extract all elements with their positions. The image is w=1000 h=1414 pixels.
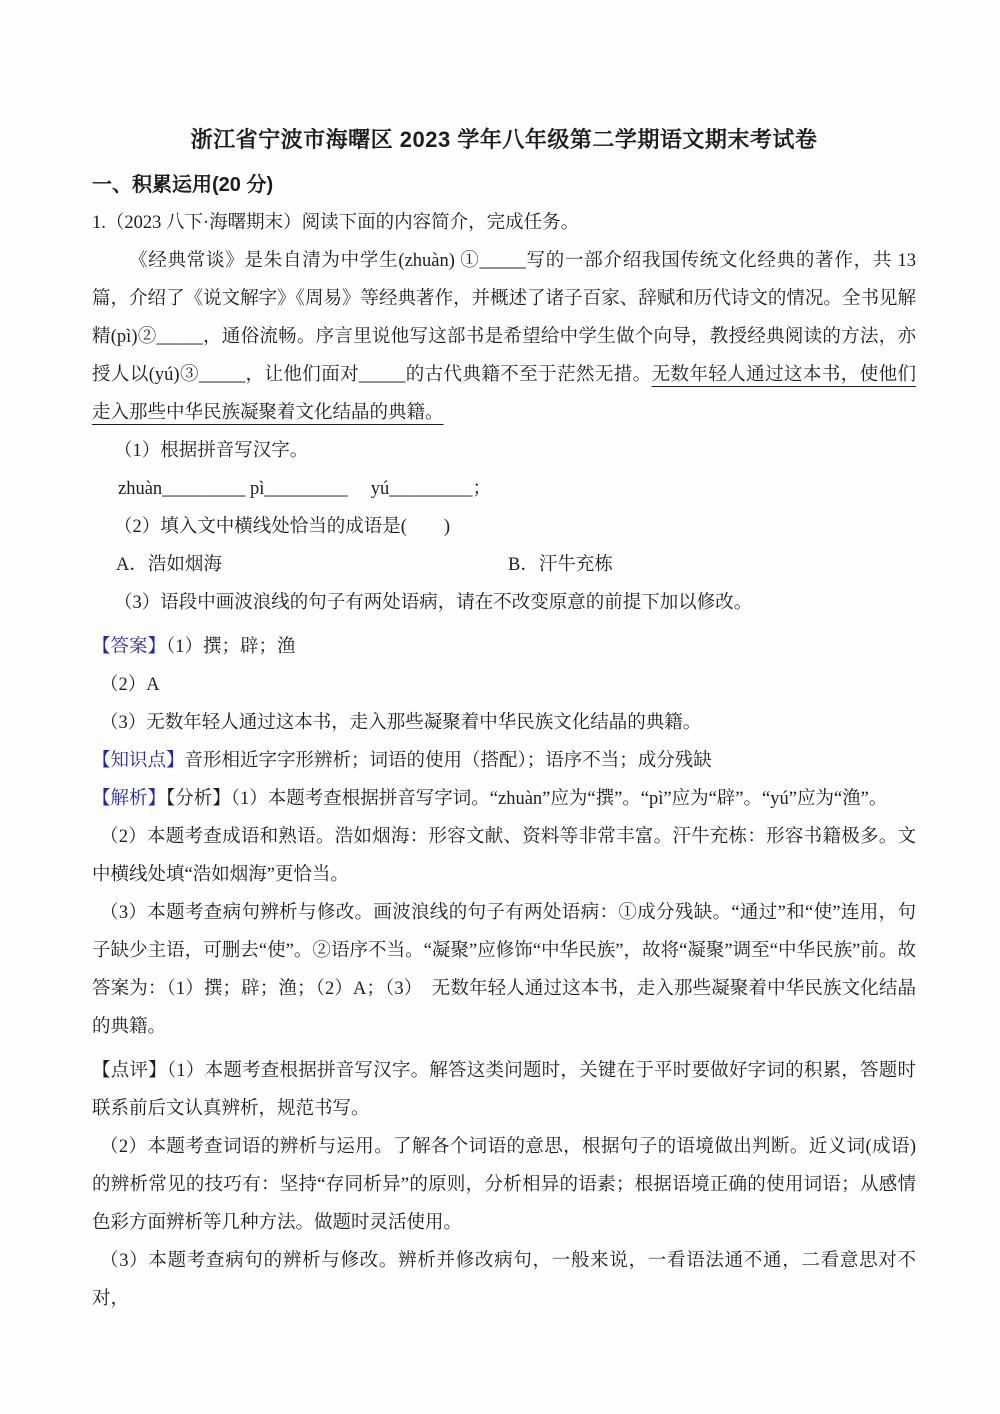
knowledge-text: 音形相近字字形辨析；词语的使用（搭配）；语序不当；成分残缺: [185, 751, 712, 771]
answer-line-2: （2）A: [92, 666, 916, 704]
analysis-paragraph-1: 【解析】【分析】（1）本题考查根据拼音写字词。“zhuàn”应为“撰”。“pì”…: [92, 780, 916, 818]
sub-question-2: （2）填入文中横线处恰当的成语是( ): [92, 508, 916, 546]
answer-line-1: 【答案】（1）撰；辟；渔: [92, 628, 916, 666]
option-b: B．汗牛充栋: [508, 546, 613, 584]
page-title: 浙江省宁波市海曙区 2023 学年八年级第二学期语文期末考试卷: [92, 124, 916, 156]
question-1-intro: 1.（2023 八下·海曙期末）阅读下面的内容简介，完成任务。: [92, 204, 916, 242]
analysis-paragraph-3: （3）本题考查病句辨析与修改。画波浪线的句子有两处语病：①成分残缺。“通过”和“…: [92, 894, 916, 1046]
choice-options-row: A．浩如烟海 B．汗牛充栋: [92, 546, 916, 584]
section-heading: 一、积累运用(20 分): [92, 166, 916, 204]
analysis-1-text: 【分析】（1）本题考查根据拼音写字词。“zhuàn”应为“撰”。“pì”应为“辟…: [166, 789, 887, 809]
knowledge-tag: 【知识点】: [92, 751, 185, 771]
analysis-tag: 【解析】: [92, 789, 166, 809]
pinyin-answer-blanks: zhuàn_________ pì_________ yú_________；: [92, 470, 916, 508]
comment-paragraph-1: 【点评】（1）本题考查根据拼音写汉字。解答这类问题时，关键在于平时要做好字词的积…: [92, 1052, 916, 1128]
answer-1-text: （1）撰；辟；渔: [166, 637, 296, 657]
comment-tag: 【点评】: [92, 1061, 167, 1081]
answer-line-3: （3）无数年轻人通过这本书，走入那些凝聚着中华民族文化结晶的典籍。: [92, 704, 916, 742]
knowledge-points-line: 【知识点】音形相近字字形辨析；词语的使用（搭配）；语序不当；成分残缺: [92, 742, 916, 780]
comment-paragraph-3: （3）本题考查病句的辨析与修改。辨析并修改病句，一般来说，一看语法通不通，二看意…: [92, 1242, 916, 1318]
comment-paragraph-2: （2）本题考查词语的辨析与运用。了解各个词语的意思，根据句子的语境做出判断。近义…: [92, 1128, 916, 1242]
analysis-paragraph-2: （2）本题考查成语和熟语。浩如烟海：形容文献、资料等非常丰富。汗牛充栋：形容书籍…: [92, 818, 916, 894]
comment-1-text: （1）本题考查根据拼音写汉字。解答这类问题时，关键在于平时要做好字词的积累，答题…: [92, 1061, 916, 1119]
sub-question-3: （3）语段中画波浪线的句子有两处语病，请在不改变原意的前提下加以修改。: [92, 584, 916, 622]
sub-question-1: （1）根据拼音写汉字。: [92, 432, 916, 470]
answer-tag: 【答案】: [92, 637, 166, 657]
passage-paragraph: 《经典常谈》是朱自清为中学生(zhuàn) ①_____写的一部介绍我国传统文化…: [92, 242, 916, 432]
exam-document-page: 浙江省宁波市海曙区 2023 学年八年级第二学期语文期末考试卷 一、积累运用(2…: [0, 0, 1000, 1414]
option-a: A．浩如烟海: [116, 546, 508, 584]
